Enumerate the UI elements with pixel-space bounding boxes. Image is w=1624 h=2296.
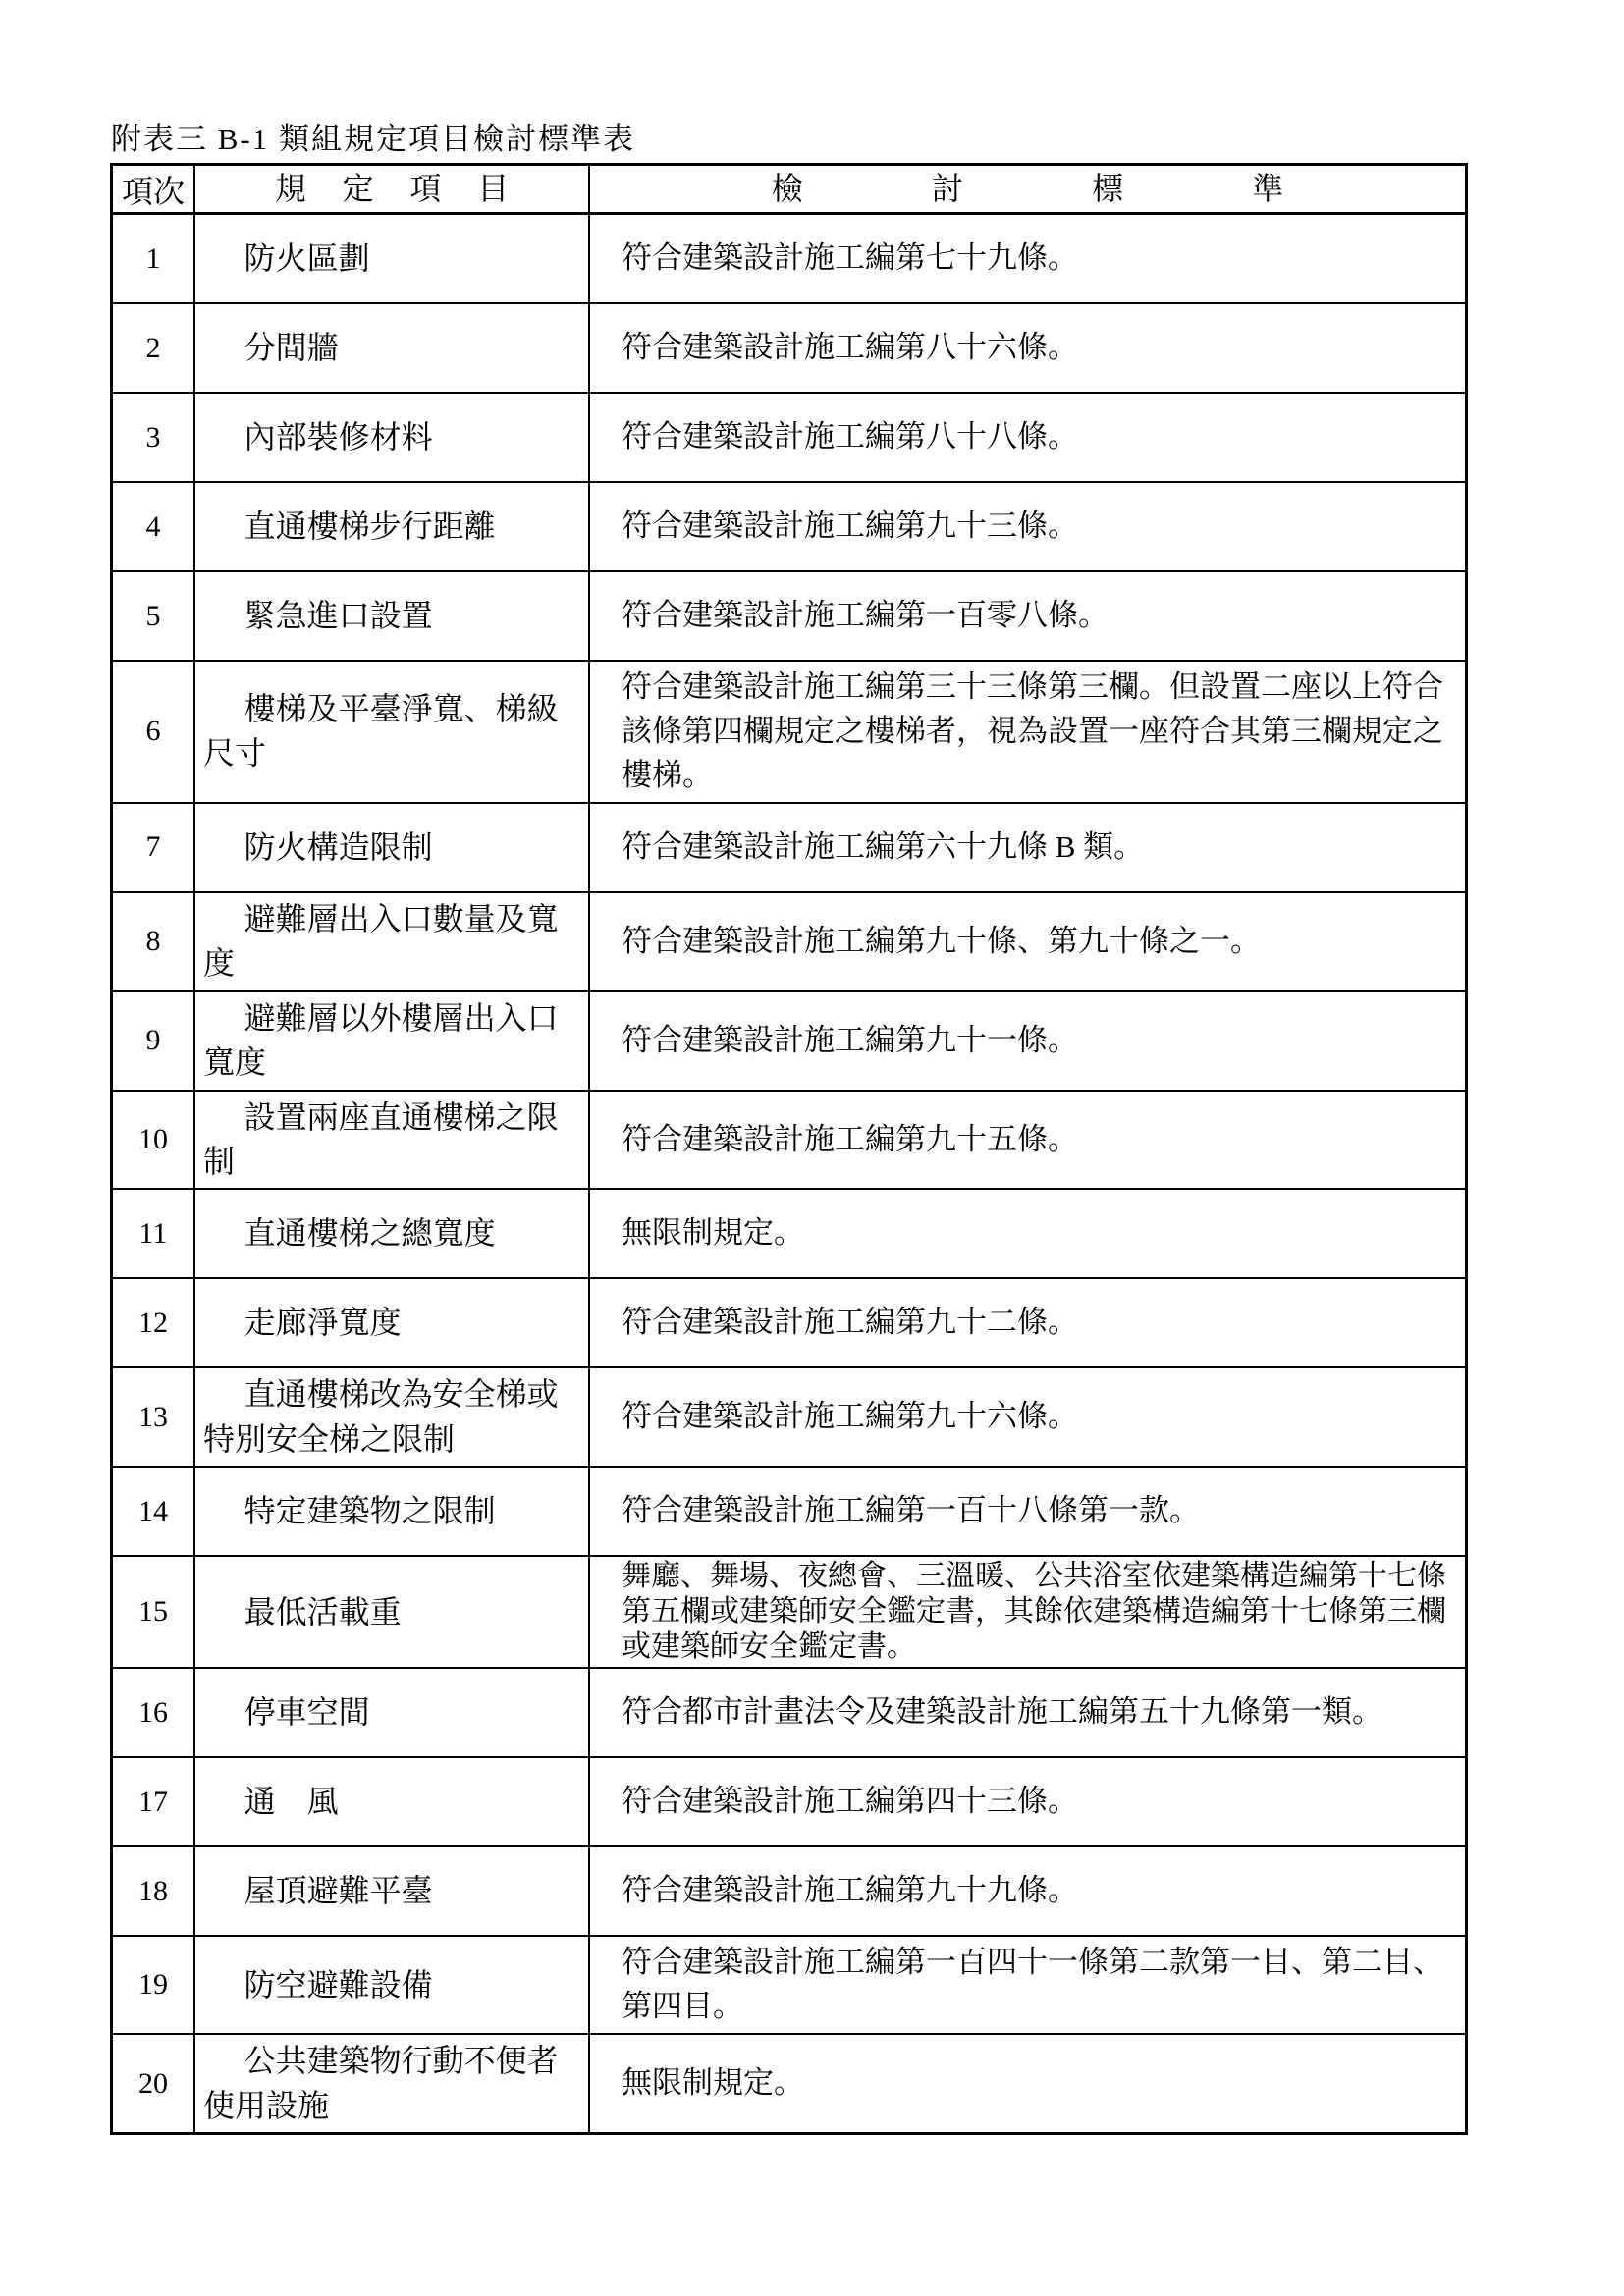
- standard-text: 符合建築設計施工編第一百十八條第一款。: [590, 1485, 1465, 1537]
- standard-cell: 符合建築設計施工編第九十二條。: [590, 1279, 1465, 1366]
- standard-text: 符合建築設計施工編第九十五條。: [590, 1114, 1465, 1166]
- item-cell: 樓梯及平臺淨寬、梯級尺寸: [195, 662, 590, 802]
- item-text: 走廊淨寬度: [195, 1297, 588, 1349]
- table-row: 2 分間牆 符合建築設計施工編第八十六條。: [113, 304, 1465, 394]
- table-row: 17 通 風 符合建築設計施工編第四十三條。: [113, 1758, 1465, 1847]
- item-text: 直通樓梯改為安全梯或特別安全梯之限制: [195, 1368, 588, 1466]
- standard-cell: 無限制規定。: [590, 1190, 1465, 1277]
- standard-text: 符合建築設計施工編第六十九條 B 類。: [590, 822, 1465, 874]
- row-number-cell: 2: [113, 304, 195, 392]
- item-cell: 防火區劃: [195, 215, 590, 302]
- standard-cell: 符合建築設計施工編第九十一條。: [590, 992, 1465, 1090]
- item-text: 避難層以外樓層出入口寬度: [195, 992, 588, 1090]
- row-number-cell: 4: [113, 483, 195, 570]
- item-text: 緊急進口設置: [195, 590, 588, 642]
- row-number-cell: 18: [113, 1847, 195, 1935]
- item-text: 樓梯及平臺淨寬、梯級尺寸: [195, 683, 588, 780]
- item-text: 停車空間: [195, 1686, 588, 1738]
- table-row: 20 公共建築物行動不便者使用設施 無限制規定。: [113, 2035, 1465, 2132]
- item-text: 通 風: [195, 1776, 588, 1828]
- item-text: 公共建築物行動不便者使用設施: [195, 2035, 588, 2132]
- item-text: 防火構造限制: [195, 822, 588, 874]
- item-cell: 內部裝修材料: [195, 394, 590, 481]
- item-text: 設置兩座直通樓梯之限制: [195, 1092, 588, 1189]
- standard-cell: 符合建築設計施工編第九十六條。: [590, 1368, 1465, 1466]
- page-title: 附表三 B-1 類組規定項目檢討標準表: [111, 114, 635, 158]
- standard-cell: 符合建築設計施工編第四十三條。: [590, 1758, 1465, 1845]
- row-number: 5: [146, 600, 161, 633]
- standard-text: 符合建築設計施工編第九十一條。: [590, 1015, 1465, 1067]
- standard-cell: 符合都市計畫法令及建築設計施工編第五十九條第一類。: [590, 1669, 1465, 1756]
- standard-cell: 符合建築設計施工編第九十條、第九十條之一。: [590, 893, 1465, 990]
- standard-text: 符合建築設計施工編第一百零八條。: [590, 590, 1465, 642]
- row-number-cell: 9: [113, 992, 195, 1090]
- standard-text: 無限制規定。: [590, 1207, 1465, 1259]
- item-cell: 防空避難設備: [195, 1937, 590, 2033]
- row-number: 9: [146, 1024, 161, 1057]
- standard-text: 無限制規定。: [590, 2057, 1465, 2109]
- item-text: 內部裝修材料: [195, 411, 588, 463]
- row-number: 7: [146, 830, 161, 864]
- standard-text: 符合建築設計施工編第八十六條。: [590, 322, 1465, 374]
- table-row: 7 防火構造限制 符合建築設計施工編第六十九條 B 類。: [113, 804, 1465, 893]
- table-row: 13 直通樓梯改為安全梯或特別安全梯之限制 符合建築設計施工編第九十六條。: [113, 1368, 1465, 1468]
- item-text: 直通樓梯之總寬度: [195, 1207, 588, 1259]
- item-cell: 最低活載重: [195, 1557, 590, 1667]
- standard-cell: 符合建築設計施工編第九十五條。: [590, 1092, 1465, 1189]
- standard-cell: 符合建築設計施工編第七十九條。: [590, 215, 1465, 302]
- standards-table: 項次 規定項目 檢討標準 1 防火區劃 符合建築設計施工編第七十九條。 2 分間…: [110, 163, 1468, 2135]
- row-number-cell: 20: [113, 2035, 195, 2132]
- item-cell: 分間牆: [195, 304, 590, 392]
- column-header-no-label: 項次: [122, 167, 185, 212]
- standard-cell: 符合建築設計施工編第一百零八條。: [590, 572, 1465, 660]
- row-number-cell: 8: [113, 893, 195, 990]
- table-row: 6 樓梯及平臺淨寬、梯級尺寸 符合建築設計施工編第三十三條第三欄。但設置二座以上…: [113, 662, 1465, 804]
- item-cell: 通 風: [195, 1758, 590, 1845]
- item-text: 屋頂避難平臺: [195, 1865, 588, 1917]
- standard-text: 舞廳、舞場、夜總會、三溫暖、公共浴室依建築構造編第十七條第五欄或建築師安全鑑定書…: [590, 1557, 1465, 1667]
- item-text: 防空避難設備: [195, 1959, 588, 2011]
- standard-cell: 符合建築設計施工編第三十三條第三欄。但設置二座以上符合該條第四欄規定之樓梯者，視…: [590, 662, 1465, 802]
- row-number-cell: 10: [113, 1092, 195, 1189]
- standard-cell: 符合建築設計施工編第八十八條。: [590, 394, 1465, 481]
- table-row: 18 屋頂避難平臺 符合建築設計施工編第九十九條。: [113, 1847, 1465, 1937]
- table-row: 10 設置兩座直通樓梯之限制 符合建築設計施工編第九十五條。: [113, 1092, 1465, 1191]
- item-cell: 走廊淨寬度: [195, 1279, 590, 1366]
- standard-text: 符合建築設計施工編第九十九條。: [590, 1865, 1465, 1917]
- row-number-cell: 6: [113, 662, 195, 802]
- standard-cell: 符合建築設計施工編第九十三條。: [590, 483, 1465, 570]
- table-header-row: 項次 規定項目 檢討標準: [113, 166, 1465, 215]
- table-row: 1 防火區劃 符合建築設計施工編第七十九條。: [113, 215, 1465, 304]
- standard-cell: 舞廳、舞場、夜總會、三溫暖、公共浴室依建築構造編第十七條第五欄或建築師安全鑑定書…: [590, 1557, 1465, 1667]
- item-text: 最低活載重: [195, 1586, 588, 1638]
- row-number-cell: 11: [113, 1190, 195, 1277]
- row-number-cell: 16: [113, 1669, 195, 1756]
- column-header-no: 項次: [113, 166, 195, 212]
- standard-cell: 無限制規定。: [590, 2035, 1465, 2132]
- standard-text: 符合建築設計施工編第一百四十一條第二款第一目、第二目、第四目。: [590, 1937, 1465, 2033]
- row-number: 17: [138, 1786, 168, 1819]
- table-row: 14 特定建築物之限制 符合建築設計施工編第一百十八條第一款。: [113, 1468, 1465, 1557]
- column-header-standard: 檢討標準: [590, 166, 1465, 212]
- standard-cell: 符合建築設計施工編第一百十八條第一款。: [590, 1468, 1465, 1555]
- row-number: 8: [146, 925, 161, 958]
- table-row: 5 緊急進口設置 符合建築設計施工編第一百零八條。: [113, 572, 1465, 662]
- row-number: 12: [138, 1307, 168, 1340]
- row-number-cell: 7: [113, 804, 195, 891]
- item-cell: 避難層出入口數量及寬度: [195, 893, 590, 990]
- row-number-cell: 19: [113, 1937, 195, 2033]
- item-text: 防火區劃: [195, 233, 588, 285]
- standard-text: 符合建築設計施工編第九十六條。: [590, 1391, 1465, 1443]
- row-number-cell: 3: [113, 394, 195, 481]
- item-cell: 直通樓梯改為安全梯或特別安全梯之限制: [195, 1368, 590, 1466]
- table-body: 1 防火區劃 符合建築設計施工編第七十九條。 2 分間牆 符合建築設計施工編第八…: [113, 215, 1465, 2132]
- row-number-cell: 1: [113, 215, 195, 302]
- row-number: 14: [138, 1495, 168, 1528]
- row-number-cell: 14: [113, 1468, 195, 1555]
- row-number: 13: [138, 1401, 168, 1434]
- standard-text: 符合建築設計施工編第四十三條。: [590, 1776, 1465, 1828]
- item-cell: 避難層以外樓層出入口寬度: [195, 992, 590, 1090]
- item-cell: 直通樓梯步行距離: [195, 483, 590, 570]
- standard-cell: 符合建築設計施工編第六十九條 B 類。: [590, 804, 1465, 891]
- table-row: 19 防空避難設備 符合建築設計施工編第一百四十一條第二款第一目、第二目、第四目…: [113, 1937, 1465, 2035]
- column-header-item: 規定項目: [195, 166, 590, 212]
- table-row: 15 最低活載重 舞廳、舞場、夜總會、三溫暖、公共浴室依建築構造編第十七條第五欄…: [113, 1557, 1465, 1669]
- row-number: 18: [138, 1875, 168, 1908]
- item-text: 直通樓梯步行距離: [195, 501, 588, 553]
- standard-text: 符合都市計畫法令及建築設計施工編第五十九條第一類。: [590, 1686, 1465, 1738]
- item-text: 特定建築物之限制: [195, 1485, 588, 1537]
- table-row: 4 直通樓梯步行距離 符合建築設計施工編第九十三條。: [113, 483, 1465, 572]
- row-number: 1: [146, 242, 161, 276]
- item-cell: 直通樓梯之總寬度: [195, 1190, 590, 1277]
- table-row: 8 避難層出入口數量及寬度 符合建築設計施工編第九十條、第九十條之一。: [113, 893, 1465, 992]
- table-row: 16 停車空間 符合都市計畫法令及建築設計施工編第五十九條第一類。: [113, 1669, 1465, 1758]
- row-number-cell: 13: [113, 1368, 195, 1466]
- row-number: 4: [146, 510, 161, 544]
- item-text: 分間牆: [195, 322, 588, 374]
- standard-text: 符合建築設計施工編第九十三條。: [590, 501, 1465, 553]
- row-number-cell: 17: [113, 1758, 195, 1845]
- row-number: 2: [146, 332, 161, 365]
- standard-text: 符合建築設計施工編第八十八條。: [590, 411, 1465, 463]
- row-number: 11: [139, 1217, 168, 1251]
- row-number-cell: 5: [113, 572, 195, 660]
- document-page: 附表三 B-1 類組規定項目檢討標準表 項次 規定項目 檢討標準 1 防火區劃 …: [0, 0, 1624, 2296]
- standard-text: 符合建築設計施工編第七十九條。: [590, 233, 1465, 285]
- row-number-cell: 15: [113, 1557, 195, 1667]
- standard-cell: 符合建築設計施工編第八十六條。: [590, 304, 1465, 392]
- item-text: 避難層出入口數量及寬度: [195, 893, 588, 990]
- standard-text: 符合建築設計施工編第九十條、第九十條之一。: [590, 916, 1465, 968]
- standard-text: 符合建築設計施工編第九十二條。: [590, 1297, 1465, 1349]
- item-cell: 停車空間: [195, 1669, 590, 1756]
- row-number: 6: [146, 715, 161, 748]
- table-row: 11 直通樓梯之總寬度 無限制規定。: [113, 1190, 1465, 1279]
- standard-cell: 符合建築設計施工編第一百四十一條第二款第一目、第二目、第四目。: [590, 1937, 1465, 2033]
- standard-text: 符合建築設計施工編第三十三條第三欄。但設置二座以上符合該條第四欄規定之樓梯者，視…: [590, 662, 1465, 802]
- table-row: 12 走廊淨寬度 符合建築設計施工編第九十二條。: [113, 1279, 1465, 1368]
- row-number: 10: [138, 1123, 168, 1156]
- item-cell: 屋頂避難平臺: [195, 1847, 590, 1935]
- row-number: 16: [138, 1696, 168, 1730]
- row-number: 19: [138, 1968, 168, 2002]
- column-header-standard-label: 檢討標準: [772, 166, 1413, 211]
- row-number-cell: 12: [113, 1279, 195, 1366]
- column-header-item-label: 規定項目: [275, 167, 545, 211]
- row-number: 15: [138, 1595, 168, 1629]
- table-row: 3 內部裝修材料 符合建築設計施工編第八十八條。: [113, 394, 1465, 483]
- table-row: 9 避難層以外樓層出入口寬度 符合建築設計施工編第九十一條。: [113, 992, 1465, 1092]
- row-number: 20: [138, 2067, 168, 2101]
- item-cell: 特定建築物之限制: [195, 1468, 590, 1555]
- item-cell: 設置兩座直通樓梯之限制: [195, 1092, 590, 1189]
- row-number: 3: [146, 421, 161, 454]
- item-cell: 緊急進口設置: [195, 572, 590, 660]
- item-cell: 防火構造限制: [195, 804, 590, 891]
- item-cell: 公共建築物行動不便者使用設施: [195, 2035, 590, 2132]
- standard-cell: 符合建築設計施工編第九十九條。: [590, 1847, 1465, 1935]
